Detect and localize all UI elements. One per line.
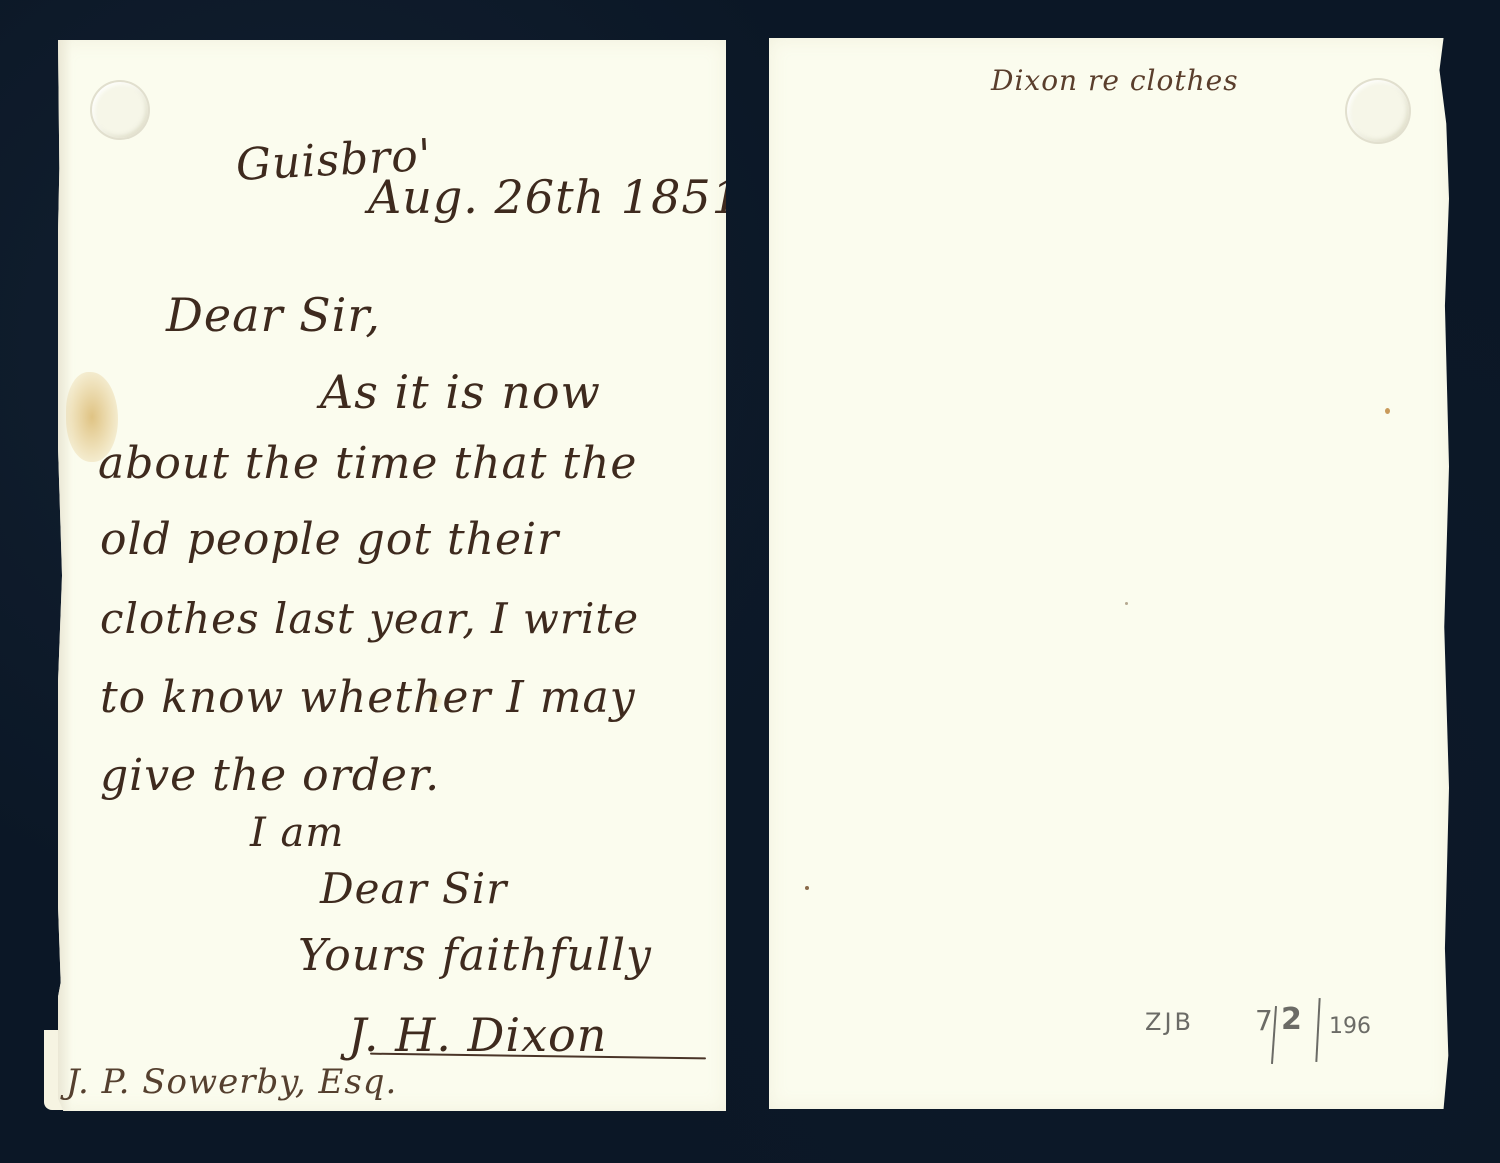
archive-ref-prefix: ZJB — [1145, 1008, 1194, 1036]
letter-closing-line-2: Dear Sir — [320, 864, 507, 913]
embossed-seal-icon — [1345, 78, 1411, 144]
letter-page-back: Dixon re clothes ZJB 7 2 196 — [769, 38, 1449, 1109]
letter-closing-line-3: Yours faithfully — [298, 930, 652, 981]
archive-ref-number-a: 7 — [1255, 1004, 1273, 1037]
letter-body-line-1: As it is now — [320, 365, 601, 419]
letter-salutation: Dear Sir, — [166, 288, 381, 342]
letter-body-line-5: to know whether I may — [100, 672, 636, 723]
archive-ref-slash-2 — [1315, 998, 1320, 1062]
archive-ref-number-b: 2 — [1281, 1002, 1302, 1037]
paper-speck — [1385, 408, 1390, 414]
letter-body-line-2: about the time that the — [98, 438, 637, 489]
archive-ref-number-c: 196 — [1329, 1014, 1371, 1039]
letter-body-line-4: clothes last year, I write — [100, 594, 639, 643]
docket-note: Dixon re clothes — [991, 64, 1239, 97]
letter-date: Aug. 26th 1851 — [368, 170, 742, 224]
paper-speck — [1125, 602, 1128, 605]
letter-body-line-3: old people got their — [100, 514, 559, 565]
letter-addressee: J. P. Sowerby, Esq. — [66, 1062, 397, 1102]
letter-closing-line-1: I am — [250, 810, 344, 856]
embossed-seal-icon — [90, 80, 150, 140]
paper-speck — [805, 886, 809, 890]
letter-page-front: Guisbro' Aug. 26th 1851 Dear Sir, As it … — [58, 40, 726, 1111]
letter-body-line-6: give the order. — [100, 750, 440, 801]
